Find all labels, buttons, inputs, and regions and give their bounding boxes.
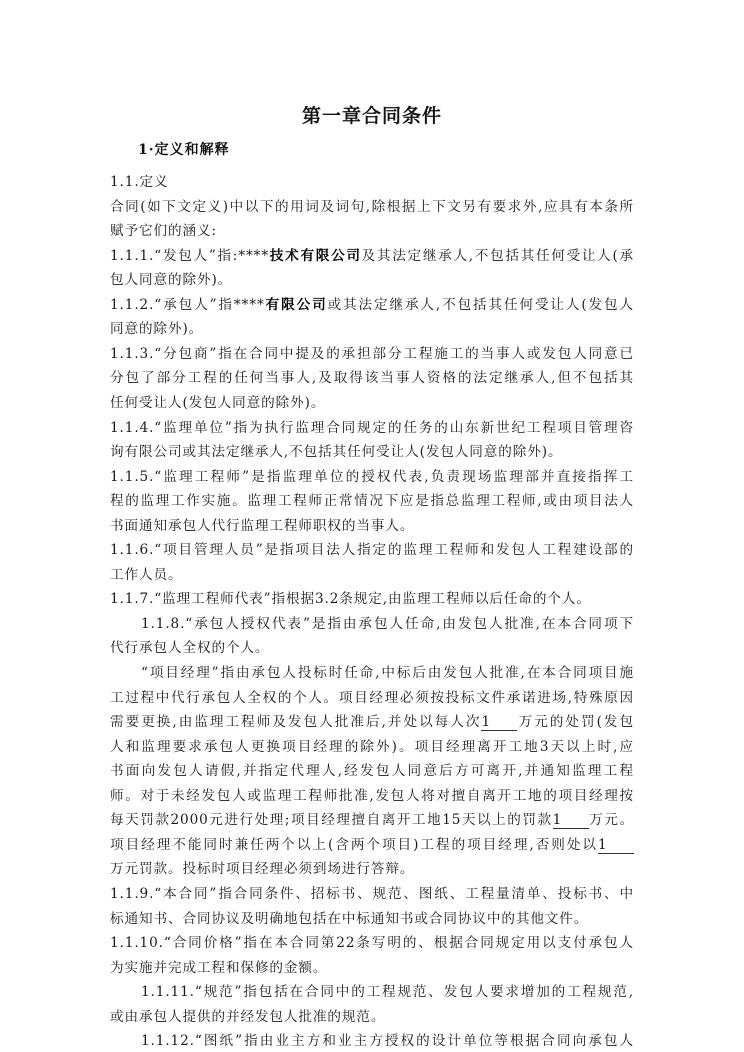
text-line: 1.1.9.“本合同”指合同条件、招标书、规范、图纸、工程量清单、投标书、中 [110,884,634,904]
text-line: 标通知书、合同协议及明确地包括在中标通知书或合同协议中的其他文件。 [110,909,634,929]
text-line: 1.1.1.“发包人”指:****技术有限公司及其法定继承人,不包括其任何受让人… [110,246,634,266]
fill-in-blank: 1 [481,714,517,731]
text-line: 需要更换,由监理工程师及发包人批准后,并处以每人次1万元的处罚(发包 [110,712,634,732]
text-line: 1.1.12.“图纸”指由业主方和业主方授权的设计单位等根据合同向承包人 [141,1031,634,1051]
text-line: 代行承包人全权的个人。 [110,638,634,658]
text-line: “项目经理”指由承包人投标时任命,中标后由发包人批准,在本合同项目施 [141,663,634,683]
chapter-title: 第一章合同条件 [0,101,744,128]
text-line: 每天罚款2000元进行处理;项目经理擅自离开工地15天以上的罚款1万元。 [110,810,634,830]
company-name: 技术有限公司 [269,248,362,264]
text-line: 为实施并完成工程和保修的金额。 [110,958,634,978]
text-line: 1.1.4.“监理单位”指为执行监理合同规定的任务的山东新世纪工程项目管理咨 [110,418,634,438]
text-line: 人和监理要求承包人更换项目经理的除外)。项目经理离开工地3天以上时,应 [110,737,634,757]
company-name: 有限公司 [265,297,328,313]
text-line: 同意的除外)。 [110,319,634,339]
text-line: 1.1.10.“合同价格”指在本合同第22条写明的、根据合同规定用以支付承包人 [110,933,634,953]
text-line: 1.1.5.“监理工程师”是指监理单位的授权代表,负责现场监理部并直接指挥工 [110,467,634,487]
text-line: 工作人员。 [110,565,634,585]
document-page: 第一章合同条件 1·定义和解释 1.1.定义合同(如下文定义)中以下的用词及词句… [0,0,744,1052]
text-line: 1.1.6.“项目管理人员”是指项目法人指定的监理工程师和发包人工程建设部的 [110,540,634,560]
fill-in-blank: 1 [598,837,634,854]
text-line: 分包了部分工程的任何当事人,及取得该当事人资格的法定继承人,但不包括其 [110,368,634,388]
text-line: 包人同意的除外)。 [110,270,634,290]
section-heading: 1·定义和解释 [138,139,230,159]
text-line: 程的监理工作实施。监理工程师正常情况下应是指总监理工程师,或由项目法人 [110,491,634,511]
text-line: 赋予它们的涵义: [110,221,634,241]
text-line: 1.1.11.“规范”指包括在合同中的工程规范、发包人要求增加的工程规范, [141,982,634,1002]
text-line: 或由承包人提供的并经发包人批准的规范。 [110,1007,634,1027]
text-line: 询有限公司或其法定继承人,不包括其任何受让人(发包人同意的除外)。 [110,442,634,462]
text-line: 1.1.定义 [110,172,634,192]
text-line: 1.1.8.“承包人授权代表”是指由承包人任命,由发包人批准,在本合同项下 [141,614,634,634]
text-line: 合同(如下文定义)中以下的用词及词句,除根据上下文另有要求外,应具有本条所 [110,197,634,217]
text-line: 1.1.2.“承包人”指****有限公司或其法定继承人,不包括其任何受让人(发包… [110,295,634,315]
text-line: 万元罚款。投标时项目经理必须到场进行答辩。 [110,859,634,879]
text-line: 任何受让人(发包人同意的除外)。 [110,393,634,413]
text-line: 项目经理不能同时兼任两个以上(含两个项目)工程的项目经理,否则处以1 [110,835,634,855]
fill-in-blank: 1 [553,812,589,829]
text-line: 1.1.7.“监理工程师代表”指根据3.2条规定,由监理工程师以后任命的个人。 [110,589,634,609]
text-line: 书面通知承包人代行监理工程师职权的当事人。 [110,516,634,536]
text-line: 1.1.3.“分包商”指在合同中提及的承担部分工程施工的当事人或发包人同意已 [110,344,634,364]
text-line: 书面向发包人请假,并指定代理人,经发包人同意后方可离开,并通知监理工程 [110,761,634,781]
text-line: 工过程中代行承包人全权的个人。项目经理必须按投标文件承诺进场,特殊原因 [110,688,634,708]
text-line: 师。对于未经发包人或监理工程师批准,发包人将对擅自离开工地的项目经理按 [110,786,634,806]
